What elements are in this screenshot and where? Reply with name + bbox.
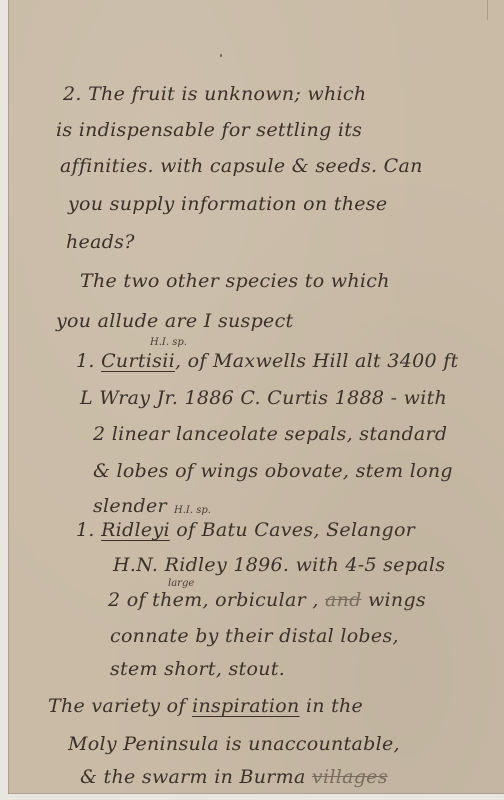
- list-number: 1.: [76, 519, 101, 541]
- underlined-word: inspiration: [192, 695, 299, 717]
- text-fragment: The variety of: [48, 695, 192, 717]
- annotation-ridleyi: H.I. sp.: [174, 506, 211, 516]
- text-line-1: 2. The fruit is unknown; which: [63, 85, 366, 104]
- text-line-19: Moly Peninsula is unaccountable,: [68, 735, 400, 754]
- text-line-3: affinities. with capsule & seeds. Can: [60, 157, 423, 176]
- collector-initials: H.N.: [113, 554, 165, 576]
- text-line-5: heads?: [66, 233, 135, 252]
- text-line-20: & the swarm in Burma villages: [80, 768, 388, 787]
- ink-speck: [220, 54, 222, 57]
- annotation-curtisii: H.I. sp.: [150, 338, 187, 348]
- struck-word: and: [325, 589, 362, 611]
- text-line-14: H.N. Ridley 1896. with 4-5 sepals: [113, 556, 445, 575]
- locality-text: of Batu Caves, Selangor: [170, 519, 415, 541]
- list-number: 1.: [76, 350, 101, 372]
- text-line-6: The two other species to which: [80, 272, 390, 291]
- text-line-10: 2 linear lanceolate sepals, standard: [93, 425, 447, 444]
- text-fragment: & the swarm in Burma: [80, 766, 306, 788]
- paper-edge-line: [487, 0, 488, 20]
- text-line-4: you supply information on these: [68, 195, 387, 214]
- text-line-11: & lobes of wings obovate, stem long: [93, 462, 453, 481]
- text-line-18: The variety of inspiration in the: [48, 697, 363, 716]
- text-line-8: 1. Curtisii, of Maxwells Hill alt 3400 f…: [76, 352, 458, 371]
- text-line-13: 1. Ridleyi of Batu Caves, Selangor: [76, 521, 415, 540]
- text-line-9: L Wray Jr. 1886 C. Curtis 1888 - with: [80, 389, 447, 408]
- text-line-15: 2 of them, orbicular , and wings: [108, 591, 426, 610]
- text-fragment: 2 of them, orbicular ,: [108, 589, 319, 611]
- text-line-2: is indispensable for settling its: [56, 121, 362, 140]
- text-fragment: wings: [362, 589, 426, 611]
- collector-text: Ridley 1896. with 4-5 sepals: [165, 554, 446, 576]
- text-line-12: slender: [93, 497, 167, 516]
- locality-text: , of Maxwells Hill alt 3400 ft: [175, 350, 459, 372]
- text-fragment: in the: [299, 695, 363, 717]
- text-line-7: you allude are I suspect: [56, 312, 293, 331]
- struck-word: villages: [312, 766, 388, 788]
- species-name-ridleyi: Ridleyi: [101, 519, 170, 541]
- annotation-large: large: [168, 579, 194, 589]
- species-name-curtisii: Curtisii: [101, 350, 175, 372]
- text-line-16: connate by their distal lobes,: [110, 627, 399, 646]
- text-line-17: stem short, stout.: [110, 660, 285, 679]
- letter-page: 2. The fruit is unknown; which is indisp…: [8, 0, 504, 794]
